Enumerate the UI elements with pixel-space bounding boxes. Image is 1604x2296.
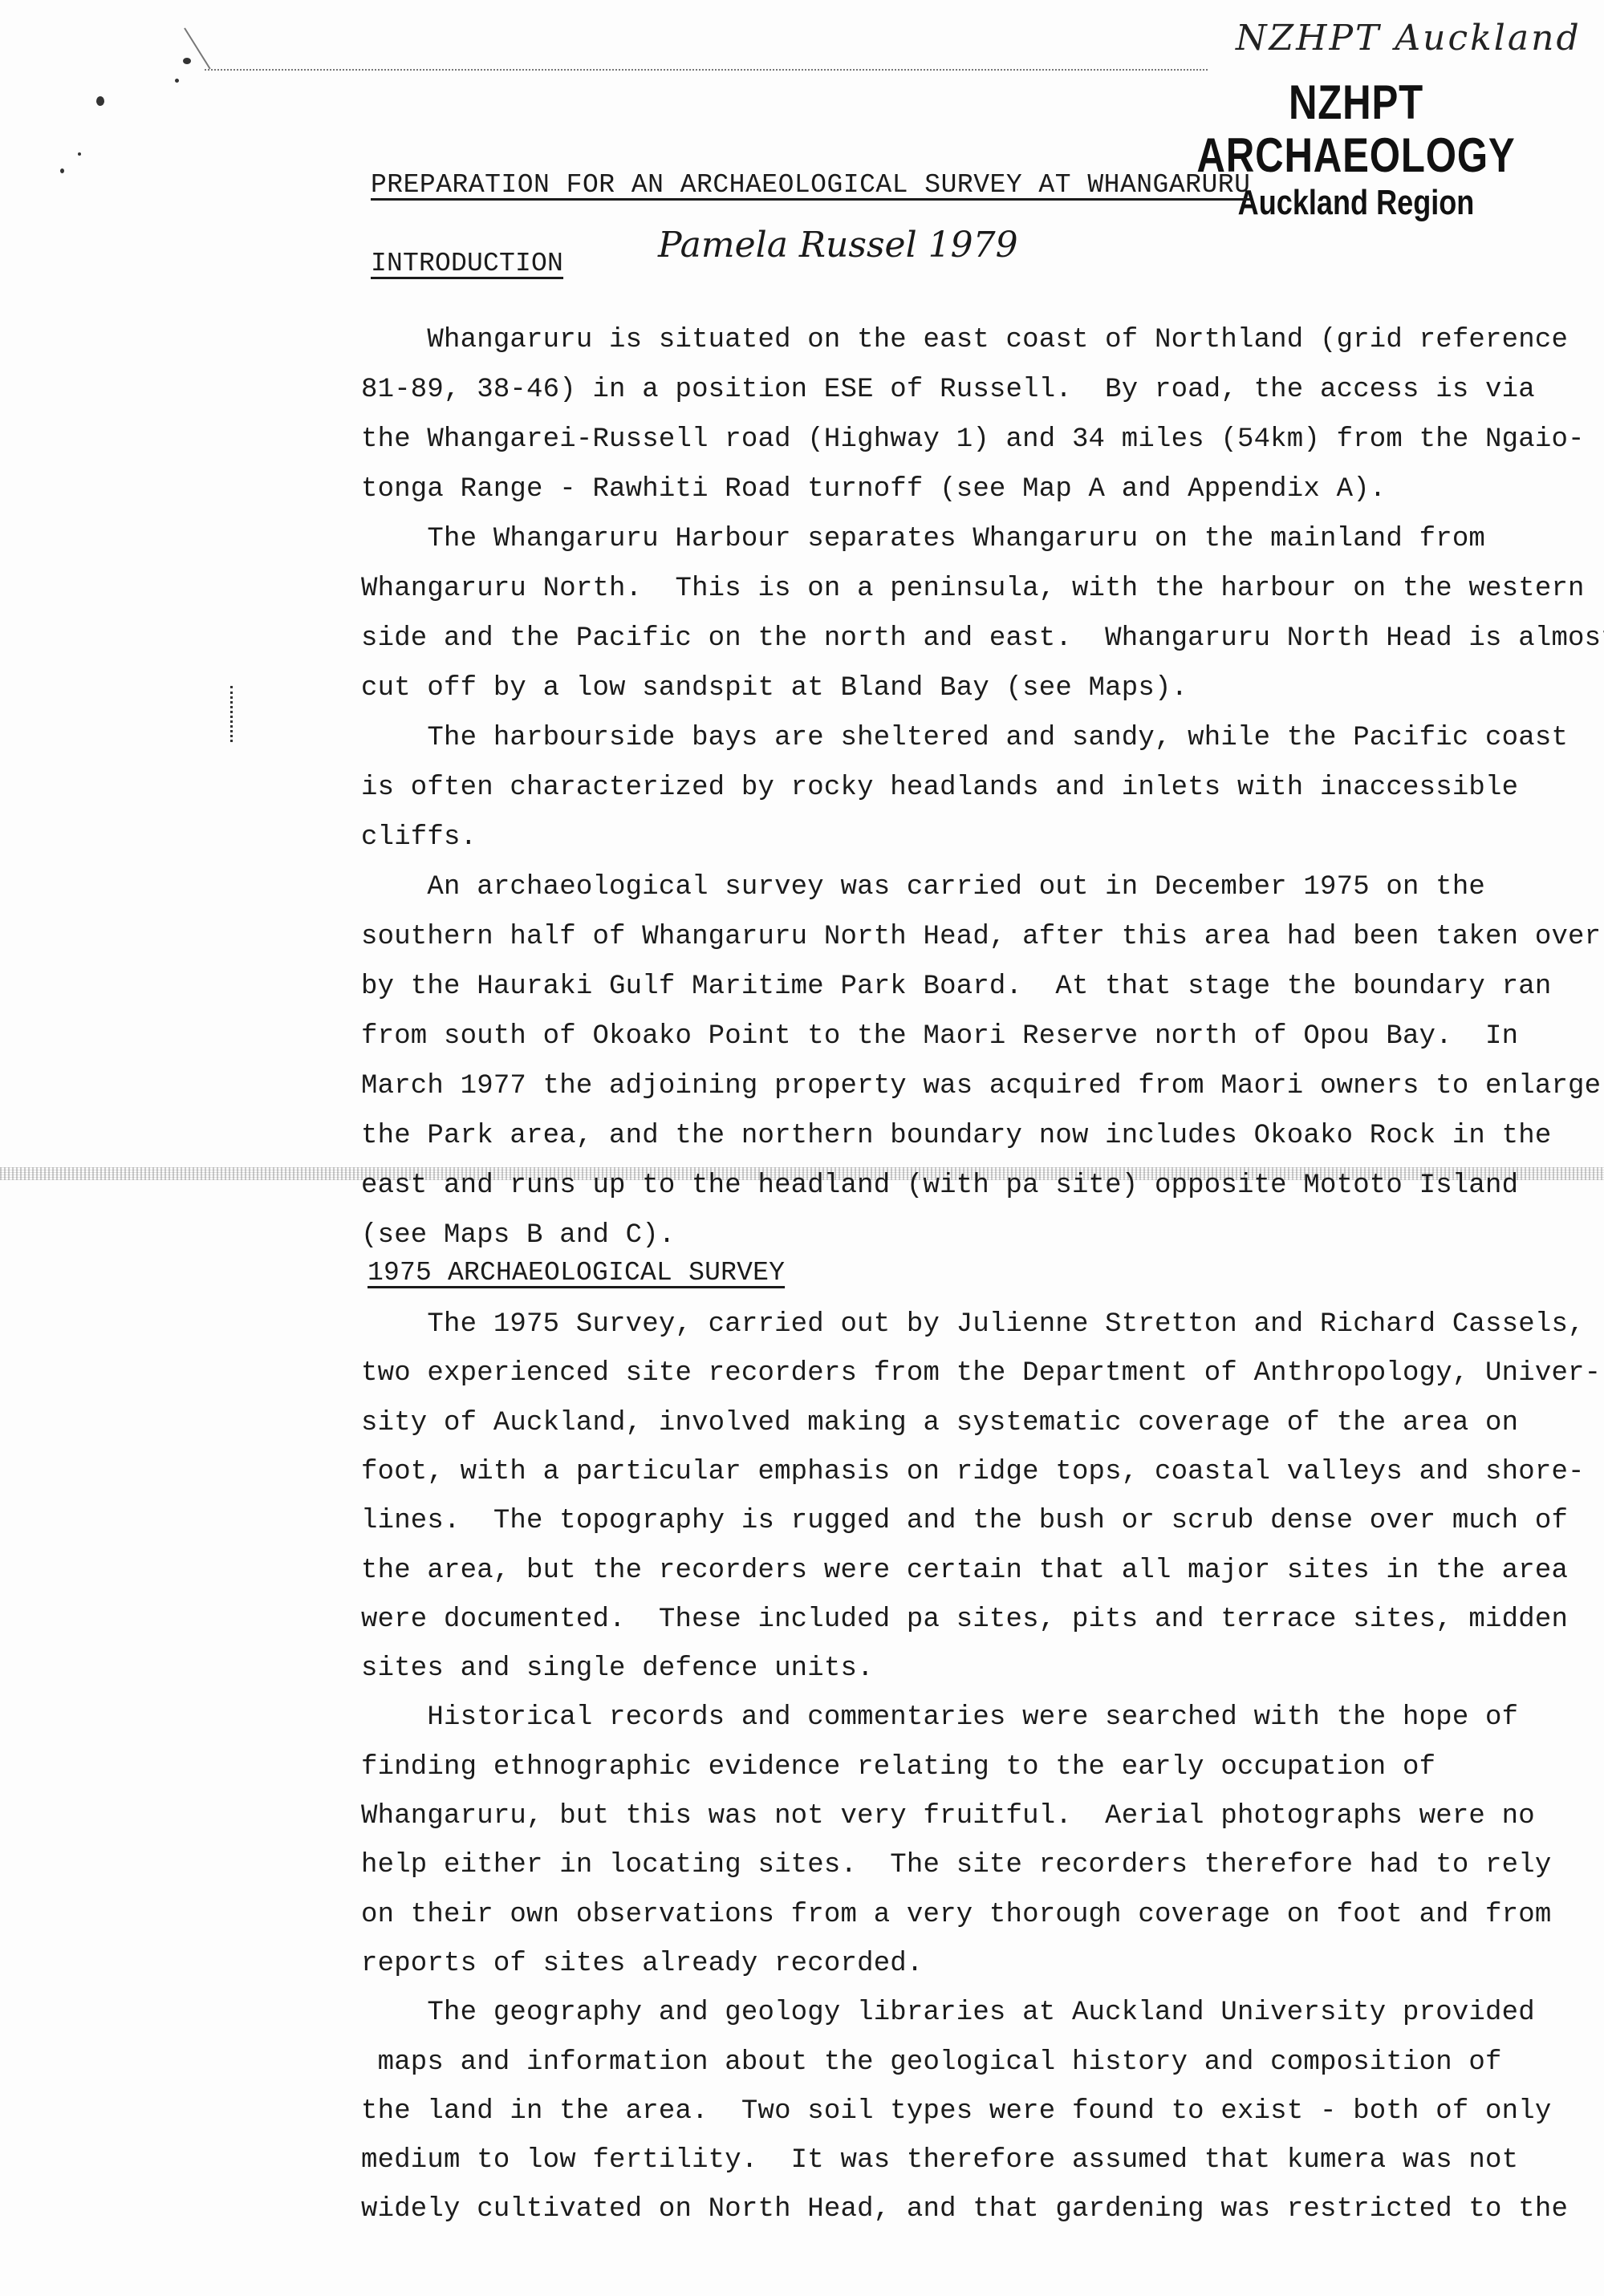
text-line: the land in the area. Two soil types wer… <box>361 2096 1551 2127</box>
text-line: lines. The topography is rugged and the … <box>361 1506 1568 1536</box>
text-line: maps and information about the geologica… <box>361 2047 1502 2078</box>
text-line: help either in locating sites. The site … <box>361 1850 1551 1880</box>
text-line: sites and single defence units. <box>361 1653 874 1684</box>
text-line: Whangaruru is situated on the east coast… <box>361 325 1568 355</box>
text-line: by the Hauraki Gulf Maritime Park Board.… <box>361 972 1551 1002</box>
text-line: Whangaruru North. This is on a peninsula… <box>361 574 1585 604</box>
text-line: medium to low fertility. It was therefor… <box>361 2145 1518 2176</box>
text-line: is often characterized by rocky headland… <box>361 773 1518 803</box>
text-line: on their own observations from a very th… <box>361 1900 1551 1930</box>
text-line: tonga Range - Rawhiti Road turnoff (see … <box>361 474 1386 505</box>
section-heading-introduction: INTRODUCTION <box>371 249 563 278</box>
scan-speck <box>175 79 179 83</box>
text-line: The 1975 Survey, carried out by Julienne… <box>361 1309 1585 1340</box>
text-line: southern half of Whangaruru North Head, … <box>361 922 1601 952</box>
handwritten-header-note: NZHPT Auckland <box>1236 18 1582 59</box>
text-line: Whangaruru, but this was not very fruitf… <box>361 1801 1535 1832</box>
text-line: 81-89, 38-46) in a position ESE of Russe… <box>361 375 1535 405</box>
text-line: sity of Auckland, involved making a syst… <box>361 1408 1518 1438</box>
text-line: cut off by a low sandspit at Bland Bay (… <box>361 673 1188 704</box>
archive-stamp: NZHPT ARCHAEOLOGY Auckland Region <box>1192 76 1521 224</box>
text-line: (see Maps B and C). <box>361 1220 675 1251</box>
scan-speck <box>60 168 64 173</box>
text-line: side and the Pacific on the north and ea… <box>361 623 1604 654</box>
scan-speck <box>183 58 191 64</box>
text-line: Historical records and commentaries were… <box>361 1702 1518 1733</box>
scan-smear-artifact <box>0 1167 1604 1180</box>
text-line: finding ethnographic evidence relating t… <box>361 1752 1435 1783</box>
text-line: An archaeological survey was carried out… <box>361 872 1485 903</box>
text-line: The harbourside bays are sheltered and s… <box>361 723 1568 753</box>
margin-mark <box>230 686 233 742</box>
scan-speck <box>96 96 104 106</box>
text-line: reports of sites already recorded. <box>361 1949 924 1979</box>
section-heading-1975-survey: 1975 ARCHAEOLOGICAL SURVEY <box>367 1258 785 1288</box>
scan-artifact-line <box>205 69 1208 71</box>
handwritten-author-note: Pamela Russel 1979 <box>658 225 1018 266</box>
text-line: cliffs. <box>361 822 477 853</box>
stamp-organization: NZHPT ARCHAEOLOGY <box>1192 76 1521 182</box>
text-line: foot, with a particular emphasis on ridg… <box>361 1457 1585 1487</box>
text-line: The geography and geology libraries at A… <box>361 1998 1535 2028</box>
text-line: the area, but the recorders were certain… <box>361 1556 1568 1586</box>
text-line: the Whangarei-Russell road (Highway 1) a… <box>361 424 1585 455</box>
text-line: the Park area, and the northern boundary… <box>361 1121 1551 1151</box>
scan-speck <box>78 152 81 156</box>
text-line: two experienced site recorders from the … <box>361 1358 1601 1389</box>
document-title: PREPARATION FOR AN ARCHAEOLOGICAL SURVEY… <box>371 170 1250 200</box>
text-line: widely cultivated on North Head, and tha… <box>361 2194 1568 2225</box>
text-line: March 1977 the adjoining property was ac… <box>361 1071 1601 1101</box>
text-line: The Whangaruru Harbour separates Whangar… <box>361 524 1485 554</box>
scanned-document-page: NZHPT Auckland NZHPT ARCHAEOLOGY Aucklan… <box>0 0 1604 2296</box>
text-line: from south of Okoako Point to the Maori … <box>361 1021 1518 1052</box>
text-line: were documented. These included pa sites… <box>361 1604 1568 1635</box>
